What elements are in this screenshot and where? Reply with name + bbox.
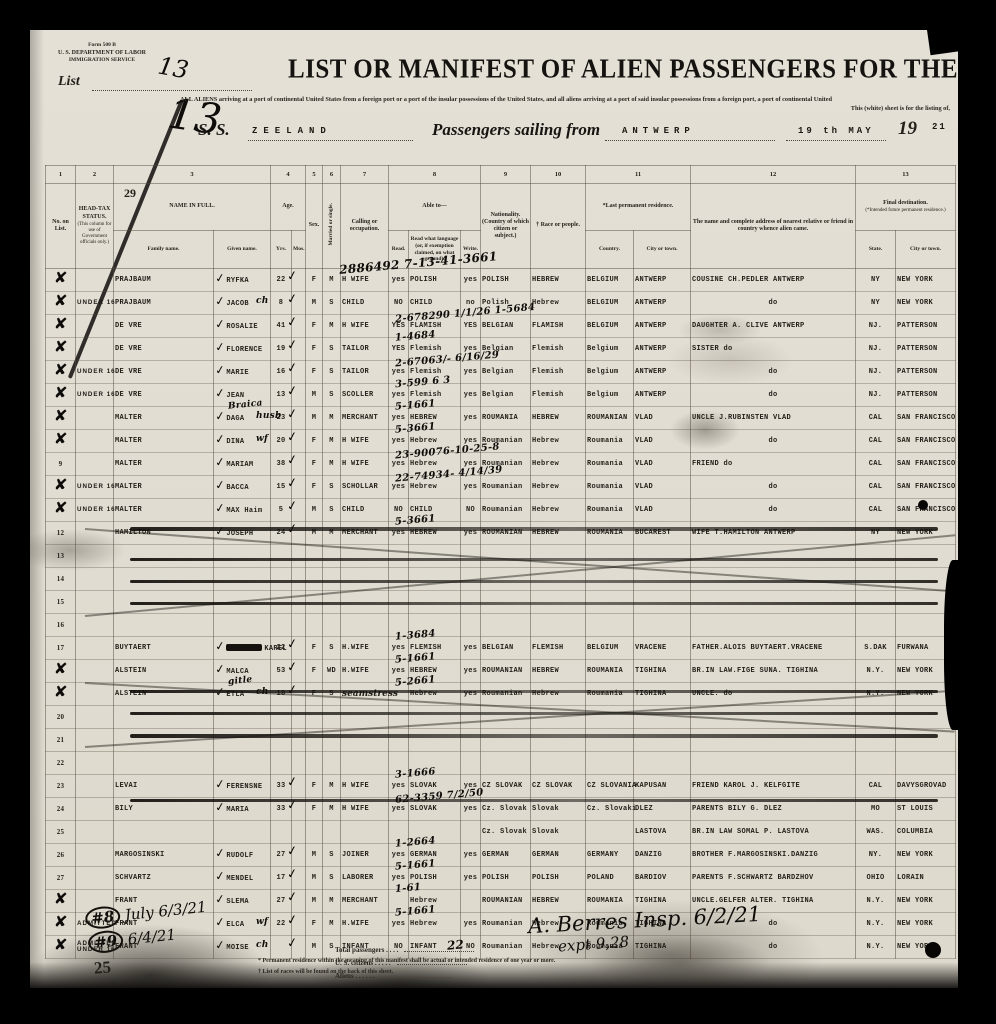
cell-residence-city: ANTWERP (634, 338, 691, 361)
cell-read-language (409, 568, 461, 591)
cell-relative: PARENTS F.SCHWARTZ BARDZHOV (691, 867, 856, 890)
cell-dest-state: NY. (856, 844, 896, 867)
cell-write (461, 614, 481, 637)
col-num-10: 10 (531, 166, 586, 184)
cell-marital-status: M (323, 890, 341, 913)
cell-age-months (292, 660, 306, 683)
cell-given-name: ✓BACCA (214, 476, 271, 499)
cell-sex (306, 568, 323, 591)
table-row: ✘MALTER✓DAGABraicahusb23✓MMMERCHANTyesHE… (46, 407, 956, 430)
cell-write: yes (461, 844, 481, 867)
cell-age-years (271, 752, 292, 775)
table-row: ✘UNDER 16DE VRE✓MARIE16✓FSTAILORyesFlemi… (46, 361, 956, 384)
subtitle-line2: This (white) sheet is for the listing of… (670, 105, 950, 112)
handwritten-visa-number: 5-2661 (395, 674, 437, 689)
cell-residence-city: BARDIOV (634, 867, 691, 890)
strike-line (130, 712, 938, 715)
cell-row-number: ✘ (46, 913, 76, 936)
col-num-5: 5 (306, 166, 323, 184)
table-row: 23LEVAI✓FERENSNE33✓FMH WIFEyesSLOVAK3-16… (46, 775, 956, 798)
cell-marital-status: S (323, 683, 341, 706)
handwritten-visa-number: 1-2664 (395, 835, 437, 850)
cell-head-tax (76, 706, 114, 729)
col-header-able: Able to— (389, 184, 481, 231)
cell-nationality: Roumanian (481, 476, 531, 499)
cell-nationality: Belgian (481, 361, 531, 384)
form-number: Form 500 B (88, 42, 116, 48)
cell-dest-state: CAL (856, 476, 896, 499)
cell-age-months (292, 430, 306, 453)
col-header-name: 29 NAME IN FULL. (114, 184, 271, 231)
cell-head-tax (76, 545, 114, 568)
cell-occupation: H WIFE (341, 453, 389, 476)
cell-age-months (292, 706, 306, 729)
cell-occupation: H WIFE (341, 430, 389, 453)
cell-sex: M (306, 522, 323, 545)
cell-age-months (292, 499, 306, 522)
scan-border-left (0, 0, 30, 1024)
cell-age-years: 19✓ (271, 338, 292, 361)
cell-write: yes (461, 913, 481, 936)
cell-given-name (214, 752, 271, 775)
cell-sex: F (306, 476, 323, 499)
cell-residence-country: Belgium (586, 384, 634, 407)
cell-row-number: ✘ (46, 407, 76, 430)
cell-age-years: 17✓ (271, 867, 292, 890)
table-row: 27SCHVARTZ✓MENDEL17✓MSLABORERyesPOLISH5-… (46, 867, 956, 890)
table-row: 25Cz. SlovakSlovakLASTOVABR.IN LAW SOMAL… (46, 821, 956, 844)
cell-age-years (271, 545, 292, 568)
cell-dest-city: SAN FRANCISCO✓ (896, 430, 956, 453)
cell-family-name (114, 614, 214, 637)
col-num-13: 13 (856, 166, 956, 184)
cell-nationality: ROUMANIAN (481, 890, 531, 913)
col-num-4: 4 (271, 166, 306, 184)
cell-nationality (481, 729, 531, 752)
cell-age-months (292, 453, 306, 476)
cell-family-name: LEVAI (114, 775, 214, 798)
cell-residence-country (586, 706, 634, 729)
cell-occupation: H.WIFE (341, 637, 389, 660)
cell-occupation: JOINER (341, 844, 389, 867)
table-row: 16 (46, 614, 956, 637)
cell-row-number: 9 (46, 453, 76, 476)
cell-nationality: BELGIAN (481, 315, 531, 338)
cell-nationality: Belgian (481, 384, 531, 407)
cell-occupation: H.WIFE (341, 913, 389, 936)
cell-given-name (214, 706, 271, 729)
handwritten-annotation: wf (256, 917, 268, 927)
cell-dest-city: NEW YORK✓ (896, 844, 956, 867)
cell-residence-country: BELGIUM (586, 637, 634, 660)
cell-dest-city (896, 752, 956, 775)
checkmark: ✓ (215, 896, 226, 901)
checkmark: ✓ (215, 459, 226, 464)
col-num-12: 12 (691, 166, 856, 184)
cell-family-name (114, 821, 214, 844)
table-row: ✘UNDER 16DE VRE✓JEAN13✓MSSCOLLERyesFlemi… (46, 384, 956, 407)
col-header-citytown: City or town. (634, 231, 691, 269)
strike-line (130, 602, 938, 605)
cell-row-number: 22 (46, 752, 76, 775)
cell-residence-city: ANTWERP (634, 384, 691, 407)
cell-race: Flemish (531, 361, 586, 384)
handwritten-annotation: gitle (228, 675, 253, 688)
col-header-age: Age. (271, 184, 306, 231)
cell-nationality (481, 614, 531, 637)
cell-row-number: ✘ (46, 476, 76, 499)
cell-given-name: ✓MARIE (214, 361, 271, 384)
cell-residence-country: ROUMANIA (586, 660, 634, 683)
cell-occupation: MERCHANT (341, 522, 389, 545)
cell-residence-city: ANTWERP (634, 315, 691, 338)
aliens-line: Aliens . . . . . . (335, 972, 474, 985)
cell-family-name (114, 568, 214, 591)
cell-age-years: 15✓ (271, 476, 292, 499)
handwritten-visa-number: 3-1666 (395, 766, 437, 781)
cell-age-years: 38✓ (271, 453, 292, 476)
cell-dest-city: DAVYSGROVAD✓ (896, 775, 956, 798)
cell-relative: BR.IN LAW.FIGE SUNA. TIGHINA (691, 660, 856, 683)
cell-sex: M (306, 407, 323, 430)
cell-write: yes (461, 476, 481, 499)
checkmark: ✓ (215, 367, 226, 372)
form-identifier: Form 500 B U. S. DEPARTMENT OF LABOR IMM… (58, 42, 146, 65)
cell-write (461, 821, 481, 844)
cell-dest-state: CAL (856, 430, 896, 453)
col-header-country: Country. (586, 231, 634, 269)
cell-race: CZ SLOVAK (531, 775, 586, 798)
blacked-out-text (226, 644, 262, 651)
cell-race: HEBREW (531, 407, 586, 430)
table-row: ✘PRAJBAUM✓RYFKA22✓FMH WIFEyesPOLISH28864… (46, 269, 956, 292)
cell-row-number: 15 (46, 591, 76, 614)
cell-relative: BROTHER F.MARGOSINSKI.DANZIG (691, 844, 856, 867)
cell-write: yes (461, 867, 481, 890)
cell-nationality (481, 752, 531, 775)
cell-head-tax (76, 315, 114, 338)
cell-nationality: Cz. Slovak (481, 821, 531, 844)
table-row: ✘DE VRE✓ROSALIE41✓FMH WIFEYESFLAMISH2-67… (46, 315, 956, 338)
cell-relative: WIFE T.HAMILTON ANTWERP (691, 522, 856, 545)
ship-line: S. S. ZEELAND Passengers sailing from AN… (30, 118, 958, 152)
col-header-headtax: HEAD-TAX STATUS. (This column for use of… (76, 184, 114, 269)
cell-occupation (341, 729, 389, 752)
cell-sex: F (306, 637, 323, 660)
cell-sex: M (306, 499, 323, 522)
cell-occupation: MERCHANT (341, 890, 389, 913)
cell-dest-state (856, 614, 896, 637)
sailing-date: 19 th MAY (798, 126, 874, 136)
cell-residence-country (586, 614, 634, 637)
scribble-text: 6/4/21 (127, 925, 177, 948)
cell-residence-country: Roumania (586, 430, 634, 453)
cell-age-months (292, 637, 306, 660)
cell-occupation: CHILD (341, 499, 389, 522)
col-num-8: 8 (389, 166, 481, 184)
cell-write: yes (461, 637, 481, 660)
checkmark: ✓ (215, 781, 226, 786)
aliens-label: Aliens . . . . . . (335, 972, 375, 980)
cell-residence-country (586, 568, 634, 591)
cell-residence-city: LASTOVA (634, 821, 691, 844)
cell-sex: F (306, 660, 323, 683)
checkmark: ✓ (215, 919, 226, 924)
cell-write: NO (461, 499, 481, 522)
cell-row-number: ✘ (46, 660, 76, 683)
cell-residence-city: VLAD (634, 476, 691, 499)
cell-given-name (214, 614, 271, 637)
cell-head-tax (76, 729, 114, 752)
scanned-manifest-page: { "colors": {"paper": "#e3dfd4", "ink": … (0, 0, 996, 1024)
cell-race: FLEMISH (531, 637, 586, 660)
cell-residence-city (634, 614, 691, 637)
cell-relative: do (691, 361, 856, 384)
subtitle-line1: ALL ALIENS arriving at a port of contine… (180, 96, 958, 103)
cell-family-name: MARGOSINSKI (114, 844, 214, 867)
handwritten-visa-number: 1-61 (395, 882, 422, 895)
cell-marital-status: S (323, 637, 341, 660)
col-num-2: 2 (76, 166, 114, 184)
col-num-6: 6 (323, 166, 341, 184)
cell-age-months (292, 890, 306, 913)
cell-sex: F (306, 269, 323, 292)
checkmark: ✓ (215, 942, 226, 947)
cell-head-tax (76, 453, 114, 476)
us-citizens-line: U. S. citizens . . . . . (335, 959, 474, 972)
col-header-state: State. (856, 231, 896, 269)
cell-given-name: ✓RUDOLF (214, 844, 271, 867)
cell-head-tax (76, 591, 114, 614)
ship-name: ZEELAND (252, 126, 332, 136)
cell-row-number: ✘ (46, 890, 76, 913)
cell-residence-country: Roumania (586, 499, 634, 522)
cell-residence-country: CZ SLOVANIA (586, 775, 634, 798)
cell-relative: FATHER.ALOIS BUYTAERT.VRACENE (691, 637, 856, 660)
cell-row-number: ✘ (46, 338, 76, 361)
cell-write: yes (461, 269, 481, 292)
cell-read-language: Hebrew22-74934- 4/14/39 (409, 476, 461, 499)
checkmark: ✓ (215, 505, 226, 510)
cell-age-years: 27✓ (271, 890, 292, 913)
cell-relative (691, 729, 856, 752)
cell-residence-country (586, 821, 634, 844)
cell-race: Hebrew (531, 476, 586, 499)
cell-residence-country: Roumania (586, 683, 634, 706)
table-row: 17BUYTAERT✓KAREL22✓FSH.WIFEyesFLEMISH1-3… (46, 637, 956, 660)
cell-dest-city (896, 545, 956, 568)
cell-occupation: TAILOR (341, 338, 389, 361)
cell-row-number: ✘ (46, 269, 76, 292)
cell-dest-state: CAL (856, 775, 896, 798)
cell-marital-status: M (323, 407, 341, 430)
cell-relative: do (691, 499, 856, 522)
cell-relative: SISTER do (691, 338, 856, 361)
cell-age-months (292, 407, 306, 430)
col-header-sex: Sex. (306, 184, 323, 269)
cell-age-years (271, 568, 292, 591)
col-num-9: 9 (481, 166, 531, 184)
cell-age-months (292, 775, 306, 798)
cell-dest-state: WAS. (856, 821, 896, 844)
cell-age-months (292, 269, 306, 292)
cell-race (531, 614, 586, 637)
sailing-label: Passengers sailing from (432, 120, 600, 140)
cell-nationality: GERMAN (481, 844, 531, 867)
cell-head-tax: UNDER 16 (76, 384, 114, 407)
cell-dest-city: SAN FRANCISCO✓ (896, 407, 956, 430)
checkmark: ✓ (215, 275, 226, 280)
cell-read-language: POLISH2886492 7-13-41-3661 (409, 269, 461, 292)
cell-row-number: ✘ (46, 430, 76, 453)
cell-age-years: husb23✓ (271, 407, 292, 430)
marital-title: Married or single. (328, 203, 335, 246)
cell-age-months (292, 315, 306, 338)
cell-residence-city: VLAD (634, 430, 691, 453)
checkmark: ✓ (215, 850, 226, 855)
cell-race: Slovak (531, 821, 586, 844)
cell-row-number: 17 (46, 637, 76, 660)
checkmark: ✓ (215, 413, 226, 418)
cell-race: Hebrew (531, 430, 586, 453)
cell-head-tax (76, 568, 114, 591)
table-row: ✘UNDER 16MALTER✓BACCA15✓FSSCHOLLARyesHeb… (46, 476, 956, 499)
checkmark: ✓ (215, 482, 226, 487)
cell-marital-status: M (323, 522, 341, 545)
cell-dest-state: NY (856, 292, 896, 315)
col-header-finaldest: Final destination. (*Intended future per… (856, 184, 956, 231)
finaldest-subtitle: (*Intended future permanent residence.) (857, 208, 954, 214)
cell-row-number: 12 (46, 522, 76, 545)
table-row: ✘ALSTEIN✓MALCA53✓FWDH.WIFEyesHEBREW5-166… (46, 660, 956, 683)
cell-age-months (292, 614, 306, 637)
cell-age-months (292, 338, 306, 361)
cell-given-name: ✓RYFKA (214, 269, 271, 292)
col-header-given: Given name. (214, 231, 271, 269)
cell-age-months (292, 568, 306, 591)
cell-relative: DAUGHTER A. CLIVE ANTWERP (691, 315, 856, 338)
ship-name-rule (248, 140, 413, 141)
cell-relative: do (691, 430, 856, 453)
cell-age-years: 53✓ (271, 660, 292, 683)
cell-age-years: 22✓ (271, 269, 292, 292)
cell-dest-state: OHIO (856, 867, 896, 890)
cell-occupation: TAILOR (341, 361, 389, 384)
date-rule (786, 140, 886, 141)
cell-relative: BR.IN LAW SOMAL P. LASTOVA (691, 821, 856, 844)
cell-given-name: ✓KAREL (214, 637, 271, 660)
head-tax-stamp: UNDER 16 (77, 507, 112, 514)
cell-residence-country: Roumania (586, 476, 634, 499)
cell-race: FLAMISH (531, 315, 586, 338)
cell-occupation: MERCHANT (341, 407, 389, 430)
cell-dest-state (856, 729, 896, 752)
stamp-29: 29 (124, 186, 136, 200)
col-num-7: 7 (341, 166, 389, 184)
cell-family-name: DE VRE (114, 315, 214, 338)
cell-head-tax (76, 637, 114, 660)
cell-marital-status: M (323, 315, 341, 338)
col-header-marital: Married or single. (323, 184, 341, 269)
cell-marital-status: S (323, 499, 341, 522)
cell-race (531, 752, 586, 775)
cell-age-months (292, 292, 306, 315)
cell-head-tax (76, 798, 114, 821)
cell-row-number: ✘ (46, 361, 76, 384)
cell-age-years: 22✓ (271, 637, 292, 660)
cell-sex: F (306, 361, 323, 384)
cell-dest-state: S.DAK (856, 637, 896, 660)
cell-marital-status (323, 752, 341, 775)
cell-head-tax (76, 775, 114, 798)
cell-residence-country: BELGIUM (586, 269, 634, 292)
cell-marital-status: M (323, 269, 341, 292)
cell-residence-city: TIGHINA (634, 683, 691, 706)
cell-marital-status: M (323, 775, 341, 798)
cell-row-number: 20 (46, 706, 76, 729)
cell-occupation (341, 821, 389, 844)
cell-marital-status: S (323, 867, 341, 890)
cell-residence-city (634, 752, 691, 775)
cell-sex (306, 706, 323, 729)
cell-write: yes (461, 660, 481, 683)
checkmark: ✓ (215, 643, 226, 648)
cell-race: GERMAN (531, 844, 586, 867)
cell-residence-city: DANZIG (634, 844, 691, 867)
head-tax-stamp: UNDER 16 (77, 484, 112, 491)
page-number: 25 (93, 957, 111, 978)
cell-relative: COUSINE CH.PEDLER ANTWERP (691, 269, 856, 292)
cell-given-name (214, 545, 271, 568)
aliens-rule (381, 977, 451, 978)
total-passengers-value-handwritten: 22 (446, 937, 464, 952)
cell-sex: M (306, 384, 323, 407)
cell-row-number: ✘ (46, 683, 76, 706)
cell-row-number: ✘ (46, 315, 76, 338)
head-tax-stamp: UNDER 16 (77, 369, 112, 376)
cell-race: Hebrew (531, 292, 586, 315)
agency-service: IMMIGRATION SERVICE (69, 57, 135, 63)
cell-residence-country: ROUMANIA (586, 522, 634, 545)
cell-relative: do (691, 936, 856, 959)
cell-row-number: 14 (46, 568, 76, 591)
cell-family-name: DE VRE (114, 384, 214, 407)
totals-block: Total passengers . . . . 22 U. S. citize… (335, 946, 474, 985)
cell-write: yes (461, 683, 481, 706)
cell-residence-city: ANTWERP (634, 292, 691, 315)
cell-write (461, 706, 481, 729)
cell-head-tax (76, 407, 114, 430)
cell-sex: F (306, 453, 323, 476)
list-label: List (58, 74, 80, 90)
cell-nationality: ROUMANIAN (481, 660, 531, 683)
col-header-mos: Mos. (292, 231, 306, 269)
us-citizens-rule (397, 964, 467, 965)
cell-dest-city: NEW YORK✓ (896, 292, 956, 315)
cell-row-number: ✘ (46, 384, 76, 407)
cell-age-years (271, 614, 292, 637)
scan-border-top (0, 0, 996, 30)
cell-marital-status (323, 614, 341, 637)
cell-given-name: ✓FERENSNE (214, 775, 271, 798)
cell-dest-state: CAL (856, 499, 896, 522)
cell-relative (691, 752, 856, 775)
headtax-subtitle: (This column for use of Government offic… (77, 222, 112, 246)
cell-given-name: ✓MENDEL (214, 867, 271, 890)
table-header: 1 2 3 4 5 6 7 8 9 10 11 12 13 No. on Lis… (46, 166, 956, 269)
cell-family-name: MALTER (114, 453, 214, 476)
cell-head-tax (76, 821, 114, 844)
